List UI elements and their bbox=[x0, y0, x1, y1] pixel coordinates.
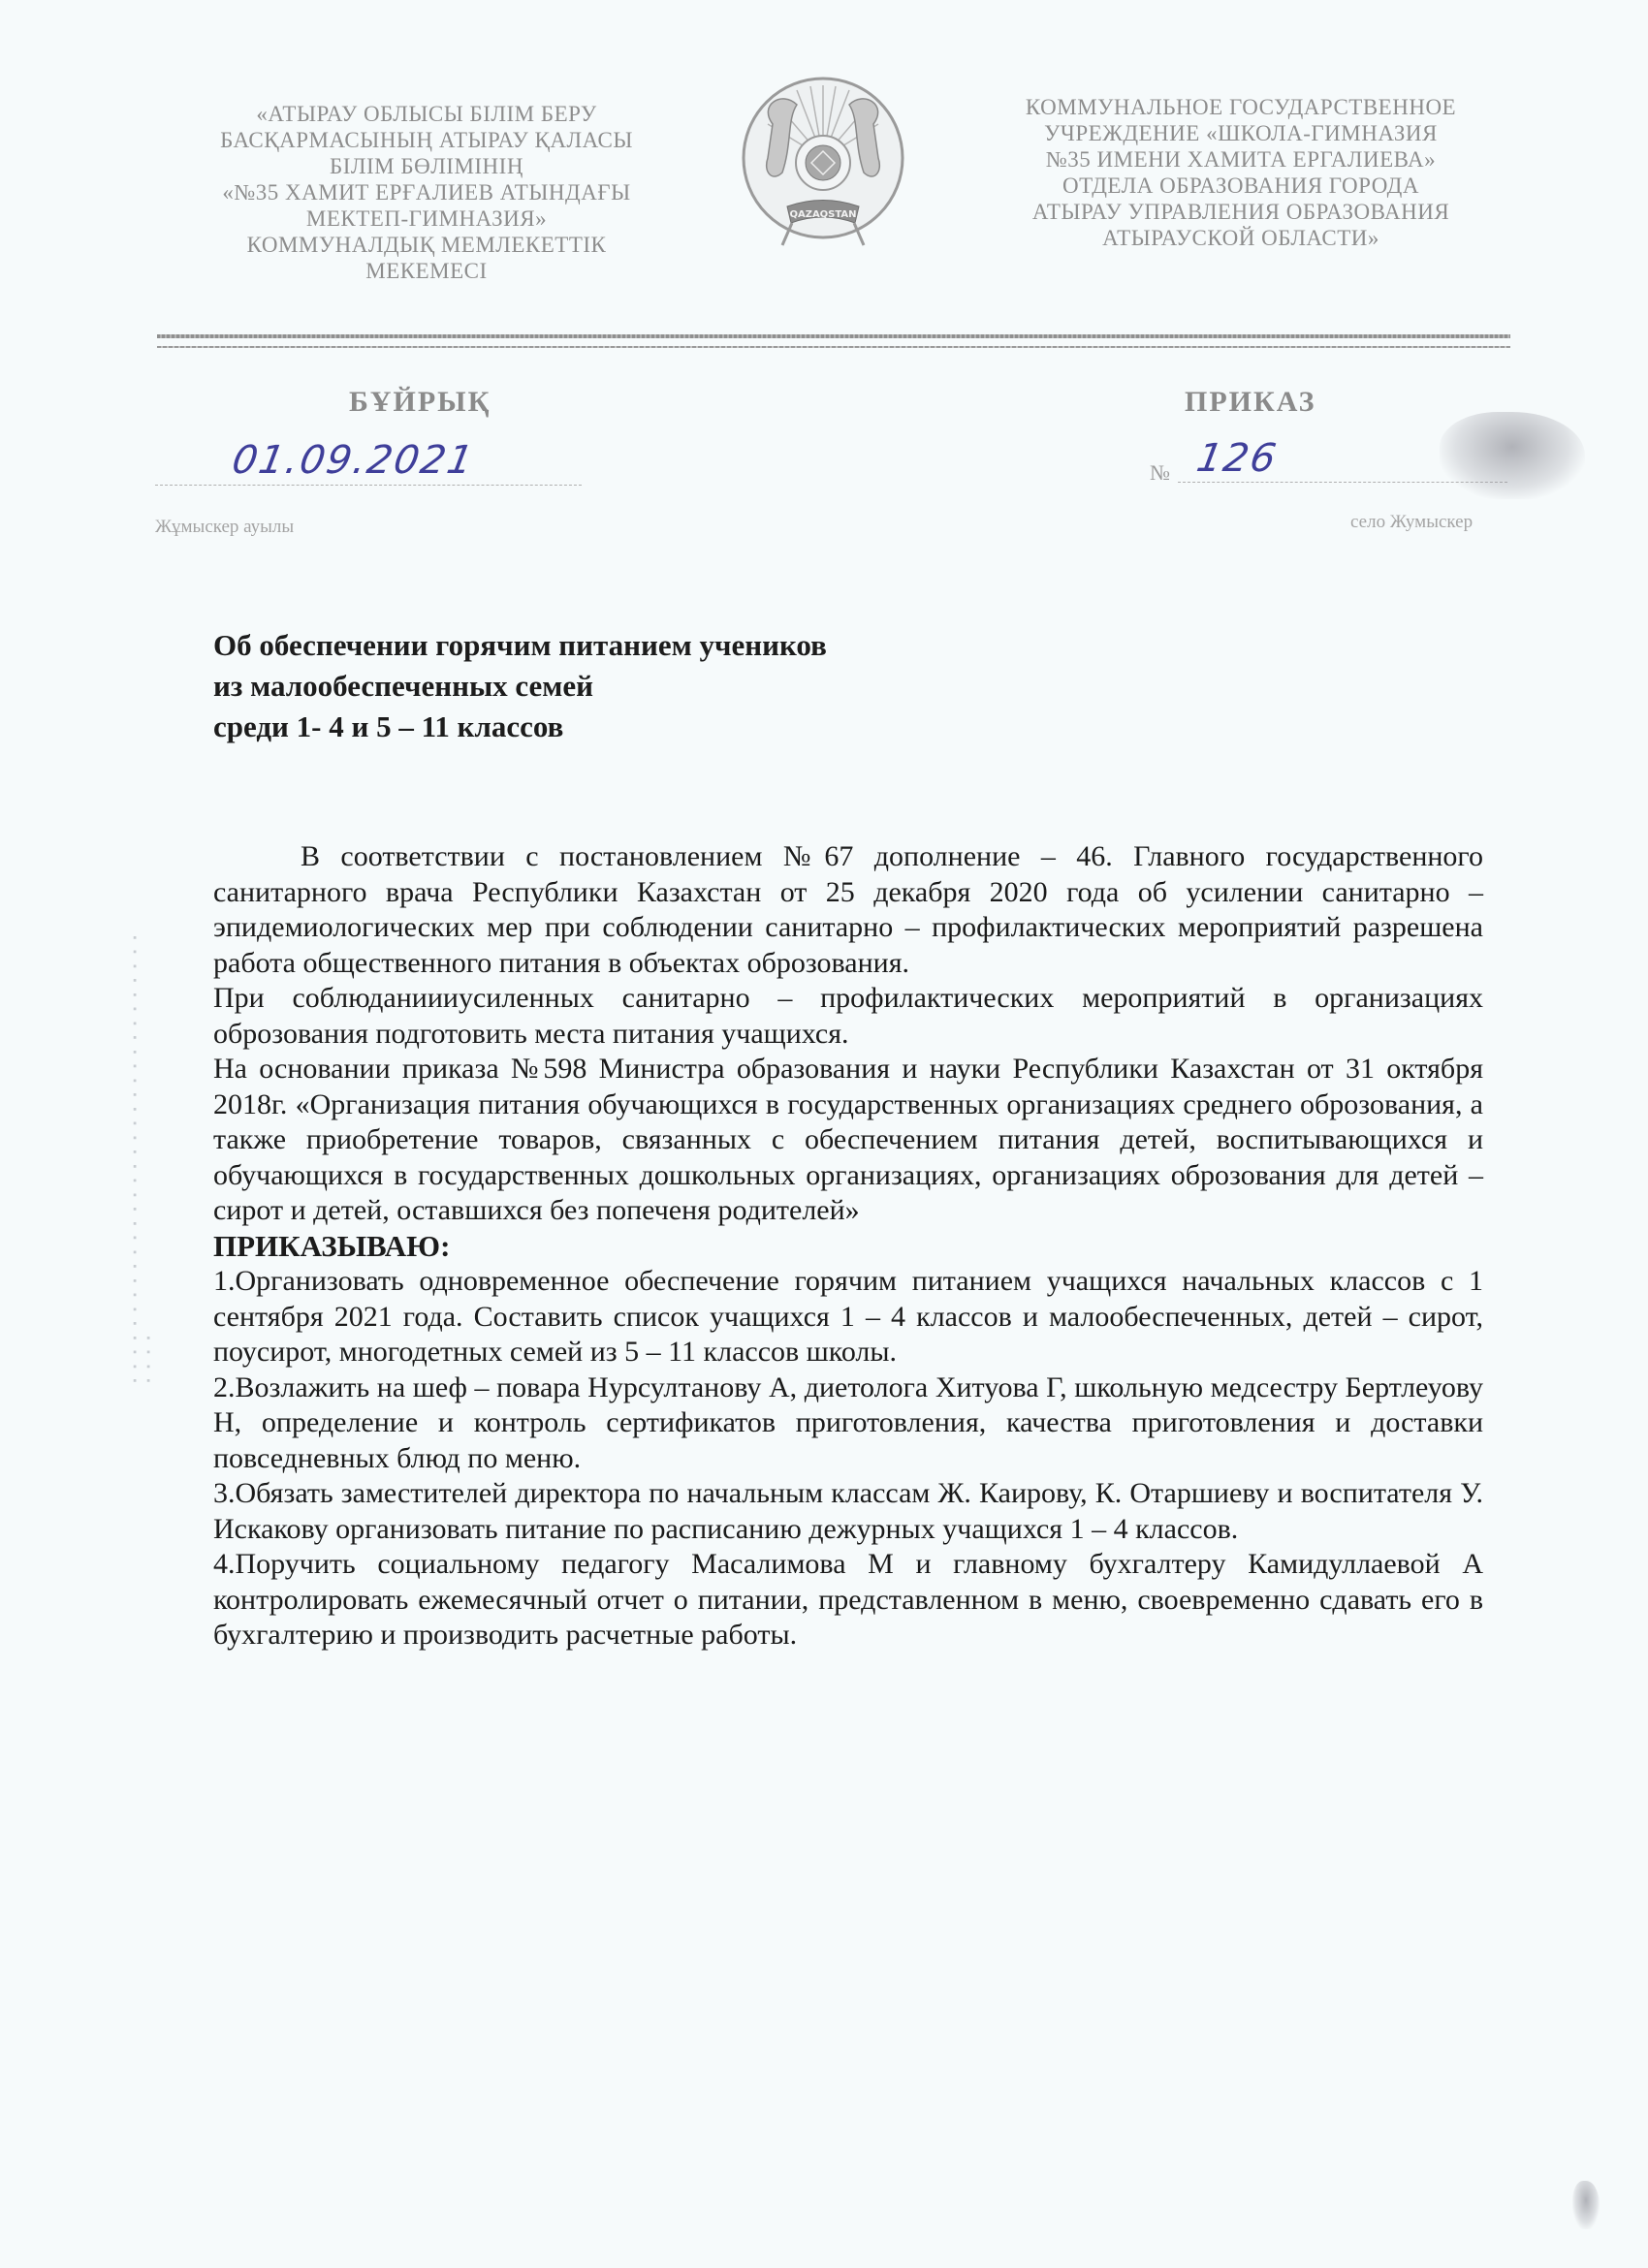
number-label: № bbox=[1150, 460, 1170, 486]
document-title: Об обеспечении горячим питанием учеников… bbox=[213, 625, 827, 747]
scan-smudge bbox=[1572, 2181, 1600, 2229]
letterhead-ru-line: АТЫРАУСКОЙ ОБЛАСТИ» bbox=[984, 225, 1498, 251]
letterhead-ru-line: УЧРЕЖДЕНИЕ «ШКОЛА-ГИМНАЗИЯ bbox=[984, 120, 1498, 146]
letterhead-kz-line: КОММУНАЛДЫҚ МЕМЛЕКЕТТІК bbox=[194, 232, 659, 258]
svg-text:QAZAQSTAN: QAZAQSTAN bbox=[789, 209, 856, 220]
handwritten-order-number: 126 bbox=[1193, 436, 1281, 481]
letterhead-divider-thin bbox=[157, 346, 1510, 348]
preamble-paragraph: В соответствии с постановлением №67 допо… bbox=[213, 839, 1483, 981]
letterhead-kz-line: БАСҚАРМАСЫНЫҢ АТЫРАУ ҚАЛАСЫ bbox=[194, 127, 659, 153]
order-item: 1.Организовать одновременное обеспечение… bbox=[213, 1264, 1483, 1370]
order-heading: ПРИКАЗЫВАЮ: bbox=[213, 1229, 1483, 1265]
handwritten-date: 01.09.2021 bbox=[229, 438, 478, 483]
order-item: 2.Возлажить на шеф – повара Нурсултанову… bbox=[213, 1370, 1483, 1477]
letterhead-divider-thick bbox=[157, 334, 1510, 338]
letterhead-ru-line: АТЫРАУ УПРАВЛЕНИЯ ОБРАЗОВАНИЯ bbox=[984, 199, 1498, 225]
place-russian: село Жумыскер bbox=[1350, 512, 1473, 533]
letterhead-ru-line: ОТДЕЛА ОБРАЗОВАНИЯ ГОРОДА bbox=[984, 173, 1498, 199]
letterhead-russian: КОММУНАЛЬНОЕ ГОСУДАРСТВЕННОЕ УЧРЕЖДЕНИЕ … bbox=[984, 94, 1498, 251]
letterhead-ru-line: №35 ИМЕНИ ХАМИТА ЕРГАЛИЕВА» bbox=[984, 146, 1498, 173]
letterhead-kazakh: «АТЫРАУ ОБЛЫСЫ БІЛІМ БЕРУ БАСҚАРМАСЫНЫҢ … bbox=[194, 101, 659, 284]
letterhead-kz-line: МЕКЕМЕСІ bbox=[194, 258, 659, 284]
doc-type-russian: ПРИКАЗ bbox=[1185, 386, 1316, 419]
letterhead-kz-line: «АТЫРАУ ОБЛЫСЫ БІЛІМ БЕРУ bbox=[194, 101, 659, 127]
letterhead-kz-line: БІЛІМ БӨЛІМІНІҢ bbox=[194, 153, 659, 179]
place-kazakh: Жұмыскер ауылы bbox=[155, 517, 294, 538]
title-line: среди 1- 4 и 5 – 11 классов bbox=[213, 707, 827, 747]
title-line: из малообеспеченных семей bbox=[213, 666, 827, 707]
order-item: 3.Обязать заместителей директора по нача… bbox=[213, 1476, 1483, 1547]
preamble-paragraph: При соблюданиииусиленных санитарно – про… bbox=[213, 981, 1483, 1052]
kazakhstan-emblem-icon: QAZAQSTAN bbox=[739, 66, 908, 260]
letterhead-ru-line: КОММУНАЛЬНОЕ ГОСУДАРСТВЕННОЕ bbox=[984, 94, 1498, 120]
letterhead-kz-line: «№35 ХАМИТ ЕРҒАЛИЕВ АТЫНДАҒЫ bbox=[194, 179, 659, 205]
title-line: Об обеспечении горячим питанием учеников bbox=[213, 625, 827, 666]
preamble-paragraph: На основании приказа №598 Министра образ… bbox=[213, 1052, 1483, 1229]
date-underline bbox=[155, 485, 582, 486]
letterhead-kz-line: МЕКТЕП-ГИМНАЗИЯ» bbox=[194, 205, 659, 232]
scan-smudge bbox=[1440, 412, 1585, 499]
order-item: 4.Поручить социальному педагогу Масалимо… bbox=[213, 1547, 1483, 1654]
document-body: В соответствии с постановлением №67 допо… bbox=[213, 839, 1483, 1654]
doc-type-kazakh: БҰЙРЫҚ bbox=[349, 386, 491, 419]
faint-margin-stamp: ▪ ▪ ▪ ▪ ▪ ▪ ▪ ▪ ▪ ▪ ▪ ▪ ▪ ▪ ▪ ▪ ▪ ▪ ▪ ▪ … bbox=[128, 930, 167, 1386]
